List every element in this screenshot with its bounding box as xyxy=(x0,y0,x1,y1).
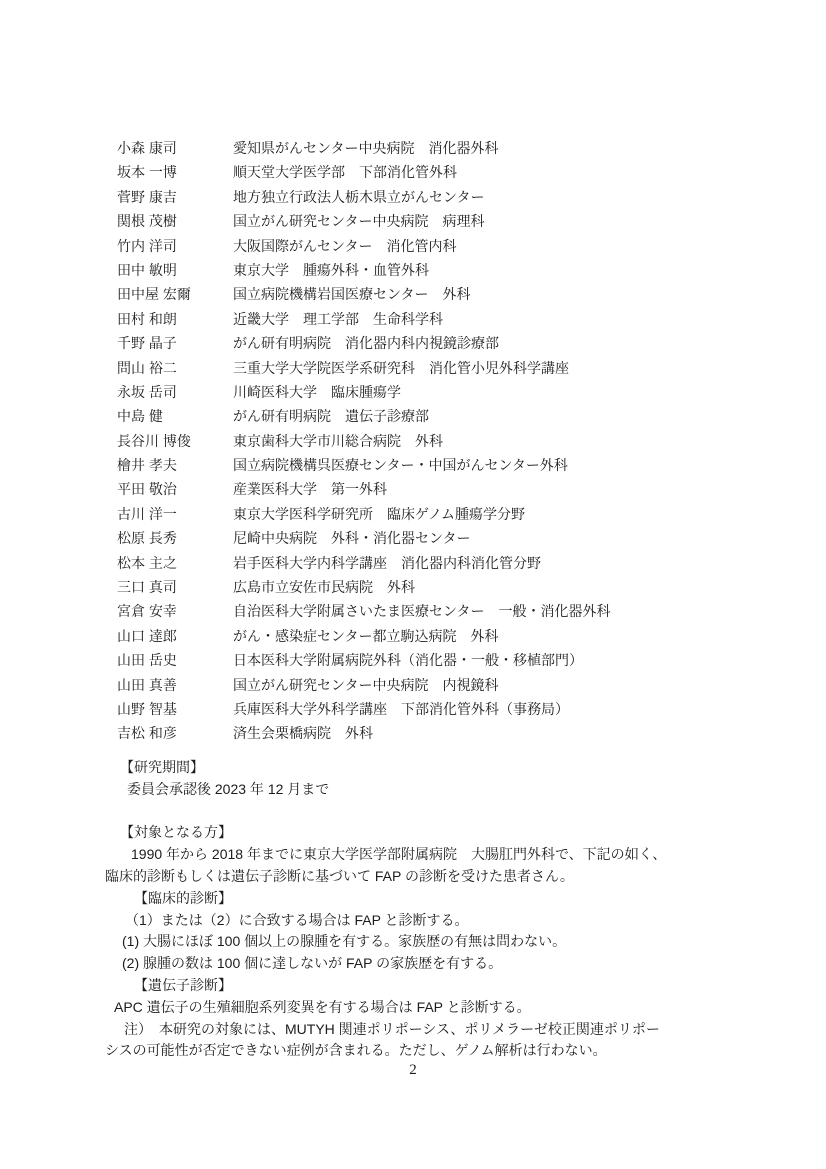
clinical-diagnosis-rule: （1）または（2）に合致する場合は FAP と診断する。 xyxy=(125,910,746,932)
member-row: 田中屋 宏爾国立病院機構岩国医療センター 外科 xyxy=(105,282,746,306)
member-affiliation: 国立病院機構岩国医療センター 外科 xyxy=(233,282,470,306)
member-row: 山野 智基兵庫医科大学外科学講座 下部消化管外科（事務局） xyxy=(105,697,746,721)
member-row: 長谷川 博俊東京歯科大学市川総合病院 外科 xyxy=(105,429,746,453)
member-affiliation: 日本医科大学附属病院外科（消化器・一般・移植部門） xyxy=(233,648,583,672)
member-affiliation: 三重大学大学院医学系研究科 消化管小児外科学講座 xyxy=(233,356,569,380)
member-affiliation: がん・感染症センター都立駒込病院 外科 xyxy=(233,624,498,648)
member-name: 関根 茂樹 xyxy=(117,209,233,233)
member-affiliation: 岩手医科大学内科学講座 消化器内科消化管分野 xyxy=(233,551,541,575)
body-text: 【研究期間】 委員会承認後 2023 年 12 月まで 【対象となる方】 199… xyxy=(105,757,746,1062)
member-affiliation: 尼崎中央病院 外科・消化器センター xyxy=(233,526,470,550)
member-row: 千野 晶子がん研有明病院 消化器内科内視鏡診療部 xyxy=(105,331,746,355)
member-name: 菅野 康吉 xyxy=(117,185,233,209)
member-name: 永坂 岳司 xyxy=(117,380,233,404)
member-name: 松本 主之 xyxy=(117,551,233,575)
member-affiliation: 東京歯科大学市川総合病院 外科 xyxy=(233,429,443,453)
member-row: 檜井 孝夫国立病院機構呉医療センター・中国がんセンター外科 xyxy=(105,453,746,477)
member-affiliation: 地方独立行政法人栃木県立がんセンター xyxy=(233,185,484,209)
member-name: 三口 真司 xyxy=(117,575,233,599)
research-period-heading: 【研究期間】 xyxy=(120,757,746,779)
member-row: 菅野 康吉地方独立行政法人栃木県立がんセンター xyxy=(105,185,746,209)
member-name: 山田 真善 xyxy=(117,673,233,697)
genetic-diagnosis-rule: APC 遺伝子の生殖細胞系列変異を有する場合は FAP と診断する。 xyxy=(114,997,746,1019)
member-affiliation: 国立がん研究センター中央病院 内視鏡科 xyxy=(233,673,498,697)
member-affiliation: 順天堂大学医学部 下部消化管外科 xyxy=(233,160,457,184)
member-name: 田中屋 宏爾 xyxy=(117,282,233,306)
member-row: 永坂 岳司川崎医科大学 臨床腫瘍学 xyxy=(105,380,746,404)
member-name: 松原 長秀 xyxy=(117,526,233,550)
member-name: 平田 敬治 xyxy=(117,477,233,501)
member-row: 田村 和朗近畿大学 理工学部 生命科学科 xyxy=(105,307,746,331)
member-row: 小森 康司愛知県がんセンター中央病院 消化器外科 xyxy=(105,136,746,160)
member-name: 竹内 洋司 xyxy=(117,234,233,258)
blank-line xyxy=(105,801,746,823)
member-name: 問山 裕二 xyxy=(117,356,233,380)
member-name: 古川 洋一 xyxy=(117,502,233,526)
member-row: 松原 長秀尼崎中央病院 外科・消化器センター xyxy=(105,526,746,550)
member-affiliation: 東京大学医科学研究所 臨床ゲノム腫瘍学分野 xyxy=(233,502,525,526)
genetic-diagnosis-note-line1: 注） 本研究の対象には、MUTYH 関連ポリポーシス、ポリメラーゼ校正関連ポリポ… xyxy=(124,1019,746,1041)
member-affiliation: 済生会栗橋病院 外科 xyxy=(233,721,373,745)
member-row: 中島 健がん研有明病院 遺伝子診療部 xyxy=(105,404,746,428)
member-affiliation: 産業医科大学 第一外科 xyxy=(233,477,387,501)
member-row: 田中 敏明東京大学 腫瘍外科・血管外科 xyxy=(105,258,746,282)
member-name: 田中 敏明 xyxy=(117,258,233,282)
genetic-diagnosis-heading: 【遺伝子診断】 xyxy=(134,975,746,997)
member-name: 吉松 和彦 xyxy=(117,721,233,745)
member-affiliation: がん研有明病院 消化器内科内視鏡診療部 xyxy=(233,331,499,355)
member-affiliation: 兵庫医科大学外科学講座 下部消化管外科（事務局） xyxy=(233,697,569,721)
member-row: 竹内 洋司大阪国際がんセンター 消化管内科 xyxy=(105,234,746,258)
member-affiliation: 大阪国際がんセンター 消化管内科 xyxy=(233,234,456,258)
member-row: 宮倉 安幸自治医科大学附属さいたま医療センター 一般・消化器外科 xyxy=(105,599,746,623)
member-row: 問山 裕二三重大学大学院医学系研究科 消化管小児外科学講座 xyxy=(105,356,746,380)
member-affiliation: 自治医科大学附属さいたま医療センター 一般・消化器外科 xyxy=(233,599,610,623)
member-name: 山野 智基 xyxy=(117,697,233,721)
member-row: 平田 敬治産業医科大学 第一外科 xyxy=(105,477,746,501)
member-affiliation: 東京大学 腫瘍外科・血管外科 xyxy=(233,258,429,282)
member-affiliation: 国立がん研究センター中央病院 病理科 xyxy=(233,209,484,233)
member-row: 三口 真司広島市立安佐市民病院 外科 xyxy=(105,575,746,599)
member-name: 小森 康司 xyxy=(117,136,233,160)
member-name: 中島 健 xyxy=(117,404,233,428)
member-affiliation: がん研有明病院 遺伝子診療部 xyxy=(233,404,429,428)
clinical-diagnosis-item2: (2) 腺腫の数は 100 個に達しないが FAP の家族歴を有する。 xyxy=(122,953,746,975)
member-row: 山田 真善国立がん研究センター中央病院 内視鏡科 xyxy=(105,673,746,697)
member-name: 宮倉 安幸 xyxy=(117,599,233,623)
member-name: 田村 和朗 xyxy=(117,307,233,331)
member-affiliation: 川崎医科大学 臨床腫瘍学 xyxy=(233,380,401,404)
subjects-intro-line1: 1990 年から 2018 年までに東京大学医学部附属病院 大腸肛門外科で、下記… xyxy=(131,844,746,866)
page-number: 2 xyxy=(0,1060,826,1080)
member-affiliation: 近畿大学 理工学部 生命科学科 xyxy=(233,307,443,331)
subjects-intro-line2: 臨床的診断もしくは遺伝子診断に基づいて FAP の診断を受けた患者さん。 xyxy=(105,866,746,888)
member-affiliation: 国立病院機構呉医療センター・中国がんセンター外科 xyxy=(233,453,568,477)
member-row: 山田 岳史日本医科大学附属病院外科（消化器・一般・移植部門） xyxy=(105,648,746,672)
member-affiliation: 愛知県がんセンター中央病院 消化器外科 xyxy=(233,136,498,160)
member-row: 山口 達郎がん・感染症センター都立駒込病院 外科 xyxy=(105,624,746,648)
member-row: 坂本 一博順天堂大学医学部 下部消化管外科 xyxy=(105,160,746,184)
document-page: 小森 康司愛知県がんセンター中央病院 消化器外科 坂本 一博順天堂大学医学部 下… xyxy=(0,0,826,1169)
member-name: 坂本 一博 xyxy=(117,160,233,184)
member-row: 松本 主之岩手医科大学内科学講座 消化器内科消化管分野 xyxy=(105,551,746,575)
member-row: 関根 茂樹国立がん研究センター中央病院 病理科 xyxy=(105,209,746,233)
genetic-diagnosis-note-line2: シスの可能性が否定できない症例が含まれる。ただし、ゲノム解析は行わない。 xyxy=(105,1040,746,1062)
member-name: 千野 晶子 xyxy=(117,331,233,355)
member-row: 古川 洋一東京大学医科学研究所 臨床ゲノム腫瘍学分野 xyxy=(105,502,746,526)
clinical-diagnosis-heading: 【臨床的診断】 xyxy=(134,888,746,910)
member-list: 小森 康司愛知県がんセンター中央病院 消化器外科 坂本 一博順天堂大学医学部 下… xyxy=(105,136,746,746)
member-affiliation: 広島市立安佐市民病院 外科 xyxy=(233,575,415,599)
member-name: 山田 岳史 xyxy=(117,648,233,672)
clinical-diagnosis-item1: (1) 大腸にほぼ 100 個以上の腺腫を有する。家族歴の有無は問わない。 xyxy=(122,931,746,953)
member-name: 檜井 孝夫 xyxy=(117,453,233,477)
research-period-body: 委員会承認後 2023 年 12 月まで xyxy=(127,779,746,801)
subjects-heading: 【対象となる方】 xyxy=(120,822,746,844)
member-name: 長谷川 博俊 xyxy=(117,429,233,453)
member-row: 吉松 和彦済生会栗橋病院 外科 xyxy=(105,721,746,745)
member-name: 山口 達郎 xyxy=(117,624,233,648)
